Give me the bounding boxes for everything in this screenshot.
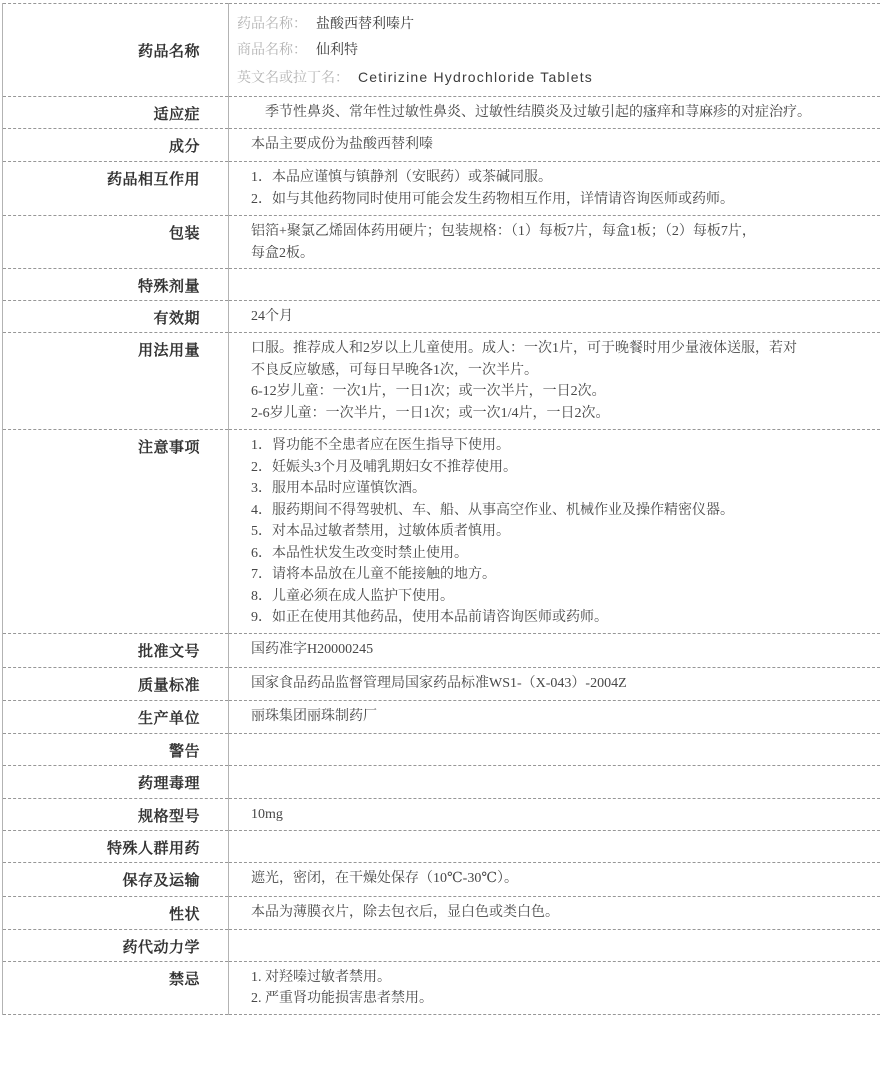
content-line: 丽珠集团丽珠制药厂 [251, 706, 868, 728]
row-label: 特殊剂量 [3, 269, 229, 301]
content-line: 本品为薄膜衣片，除去包衣后，显白色或类白色。 [251, 902, 868, 924]
row-drug-name: 药品名称 药品名称：盐酸西替利嗪片 商品名称：仙利特 英文名或拉丁名：Cetir… [3, 4, 880, 97]
row-pharmacology-toxicology: 药理毒理 [3, 765, 880, 798]
row-label: 性状 [3, 896, 229, 929]
row-special-dosage: 特殊剂量 [3, 269, 880, 301]
row-appearance: 性状 本品为薄膜衣片，除去包衣后，显白色或类白色。 [3, 896, 880, 929]
row-label: 包装 [3, 216, 229, 269]
row-dosage-administration: 用法用量 口服。推荐成人和2岁以上儿童使用。成人：一次1片，可于晚餐时用少量液体… [3, 333, 880, 430]
content-line: 1. 对羟嗪过敏者禁用。 [251, 967, 868, 989]
row-specification: 规格型号 10mg [3, 798, 880, 830]
row-contraindications: 禁忌 1. 对羟嗪过敏者禁用。 2. 严重肾功能损害患者禁用。 [3, 961, 880, 1014]
content-line: 2．妊娠头3个月及哺乳期妇女不推荐使用。 [251, 457, 868, 479]
row-packaging: 包装 铝箔+聚氯乙烯固体药用硬片；包装规格：（1）每板7片，每盒1板；（2）每板… [3, 216, 880, 269]
row-label: 成分 [3, 129, 229, 162]
content-line: 1．本品应谨慎与镇静剂（安眠药）或茶碱同服。 [251, 167, 868, 189]
row-precautions: 注意事项 1．肾功能不全患者应在医生指导下使用。 2．妊娠头3个月及哺乳期妇女不… [3, 430, 880, 634]
drug-name-field: 药品名称：盐酸西替利嗪片 [237, 12, 868, 38]
row-drug-interactions: 药品相互作用 1．本品应谨慎与镇静剂（安眠药）或茶碱同服。 2．如与其他药物同时… [3, 162, 880, 216]
content-line: 国药准字H20000245 [251, 639, 868, 661]
row-approval-number: 批准文号 国药准字H20000245 [3, 633, 880, 667]
content-line: 8．儿童必须在成人监护下使用。 [251, 586, 868, 608]
row-label: 批准文号 [3, 633, 229, 667]
row-label: 有效期 [3, 301, 229, 333]
row-manufacturer: 生产单位 丽珠集团丽珠制药厂 [3, 700, 880, 733]
field-name: 英文名或拉丁名： [237, 71, 349, 86]
trade-name-field: 商品名称：仙利特 [237, 38, 868, 64]
field-value: Cetirizine Hydrochloride Tablets [358, 69, 593, 85]
row-label: 警告 [3, 733, 229, 765]
content-line: 每盒2板。 [251, 243, 868, 265]
row-label: 药品相互作用 [3, 162, 229, 216]
drug-info-grid: 药品名称 药品名称：盐酸西替利嗪片 商品名称：仙利特 英文名或拉丁名：Cetir… [2, 3, 880, 1015]
row-quality-standard: 质量标准 国家食品药品监督管理局国家药品标准WS1-（X-043）-2004Z [3, 667, 880, 700]
content-line: 6．本品性状发生改变时禁止使用。 [251, 543, 868, 565]
row-label: 禁忌 [3, 961, 229, 1014]
content-line: 7．请将本品放在儿童不能接触的地方。 [251, 564, 868, 586]
content-line: 5．对本品过敏者禁用，过敏体质者慎用。 [251, 521, 868, 543]
field-name: 药品名称： [237, 17, 307, 32]
drug-info-table: 药品名称 药品名称：盐酸西替利嗪片 商品名称：仙利特 英文名或拉丁名：Cetir… [0, 0, 880, 1015]
row-label: 用法用量 [3, 333, 229, 430]
row-label: 药理毒理 [3, 765, 229, 798]
content-line: 1．肾功能不全患者应在医生指导下使用。 [251, 435, 868, 457]
row-label: 药代动力学 [3, 929, 229, 961]
row-pharmacokinetics: 药代动力学 [3, 929, 880, 961]
row-label: 保存及运输 [3, 862, 229, 896]
content-line: 6-12岁儿童：一次1片，一日1次；或一次半片，一日2次。 [251, 381, 868, 403]
row-indications: 适应症 季节性鼻炎、常年性过敏性鼻炎、过敏性结膜炎及过敏引起的瘙痒和荨麻疹的对症… [3, 97, 880, 129]
row-label: 特殊人群用药 [3, 830, 229, 862]
content-line: 4．服药期间不得驾驶机、车、船、从事高空作业、机械作业及操作精密仪器。 [251, 500, 868, 522]
content-line: 遮光，密闭，在干燥处保存（10℃-30℃）。 [251, 868, 868, 890]
content-line: 本品主要成份为盐酸西替利嗪 [251, 134, 868, 156]
row-shelf-life: 有效期 24个月 [3, 301, 880, 333]
row-label: 药品名称 [3, 4, 229, 97]
content-line: 10mg [251, 804, 868, 826]
field-value: 盐酸西替利嗪片 [316, 17, 414, 32]
row-label: 质量标准 [3, 667, 229, 700]
content-line: 国家食品药品监督管理局国家药品标准WS1-（X-043）-2004Z [251, 673, 868, 695]
content-line: 口服。推荐成人和2岁以上儿童使用。成人：一次1片，可于晚餐时用少量液体送服，若对 [251, 338, 868, 360]
row-storage-transport: 保存及运输 遮光，密闭，在干燥处保存（10℃-30℃）。 [3, 862, 880, 896]
content-line: 季节性鼻炎、常年性过敏性鼻炎、过敏性结膜炎及过敏引起的瘙痒和荨麻疹的对症治疗。 [251, 102, 868, 124]
row-special-populations: 特殊人群用药 [3, 830, 880, 862]
content-line: 3．服用本品时应谨慎饮酒。 [251, 478, 868, 500]
content-line: 24个月 [251, 306, 868, 328]
row-label: 适应症 [3, 97, 229, 129]
content-line: 不良反应敏感，可每日早晚各1次，一次半片。 [251, 360, 868, 382]
latin-name-field: 英文名或拉丁名：Cetirizine Hydrochloride Tablets [237, 64, 868, 92]
content-line: 9．如正在使用其他药品，使用本品前请咨询医师或药师。 [251, 607, 868, 629]
row-label: 生产单位 [3, 700, 229, 733]
field-value: 仙利特 [316, 43, 358, 58]
content-line: 铝箔+聚氯乙烯固体药用硬片；包装规格：（1）每板7片，每盒1板；（2）每板7片， [251, 221, 868, 243]
row-warning: 警告 [3, 733, 880, 765]
content-line: 2．如与其他药物同时使用可能会发生药物相互作用，详情请咨询医师或药师。 [251, 189, 868, 211]
content-line: 2. 严重肾功能损害患者禁用。 [251, 988, 868, 1010]
row-label: 注意事项 [3, 430, 229, 634]
row-label: 规格型号 [3, 798, 229, 830]
row-ingredients: 成分 本品主要成份为盐酸西替利嗪 [3, 129, 880, 162]
content-line: 2-6岁儿童：一次半片，一日1次；或一次1/4片，一日2次。 [251, 403, 868, 425]
field-name: 商品名称： [237, 43, 307, 58]
